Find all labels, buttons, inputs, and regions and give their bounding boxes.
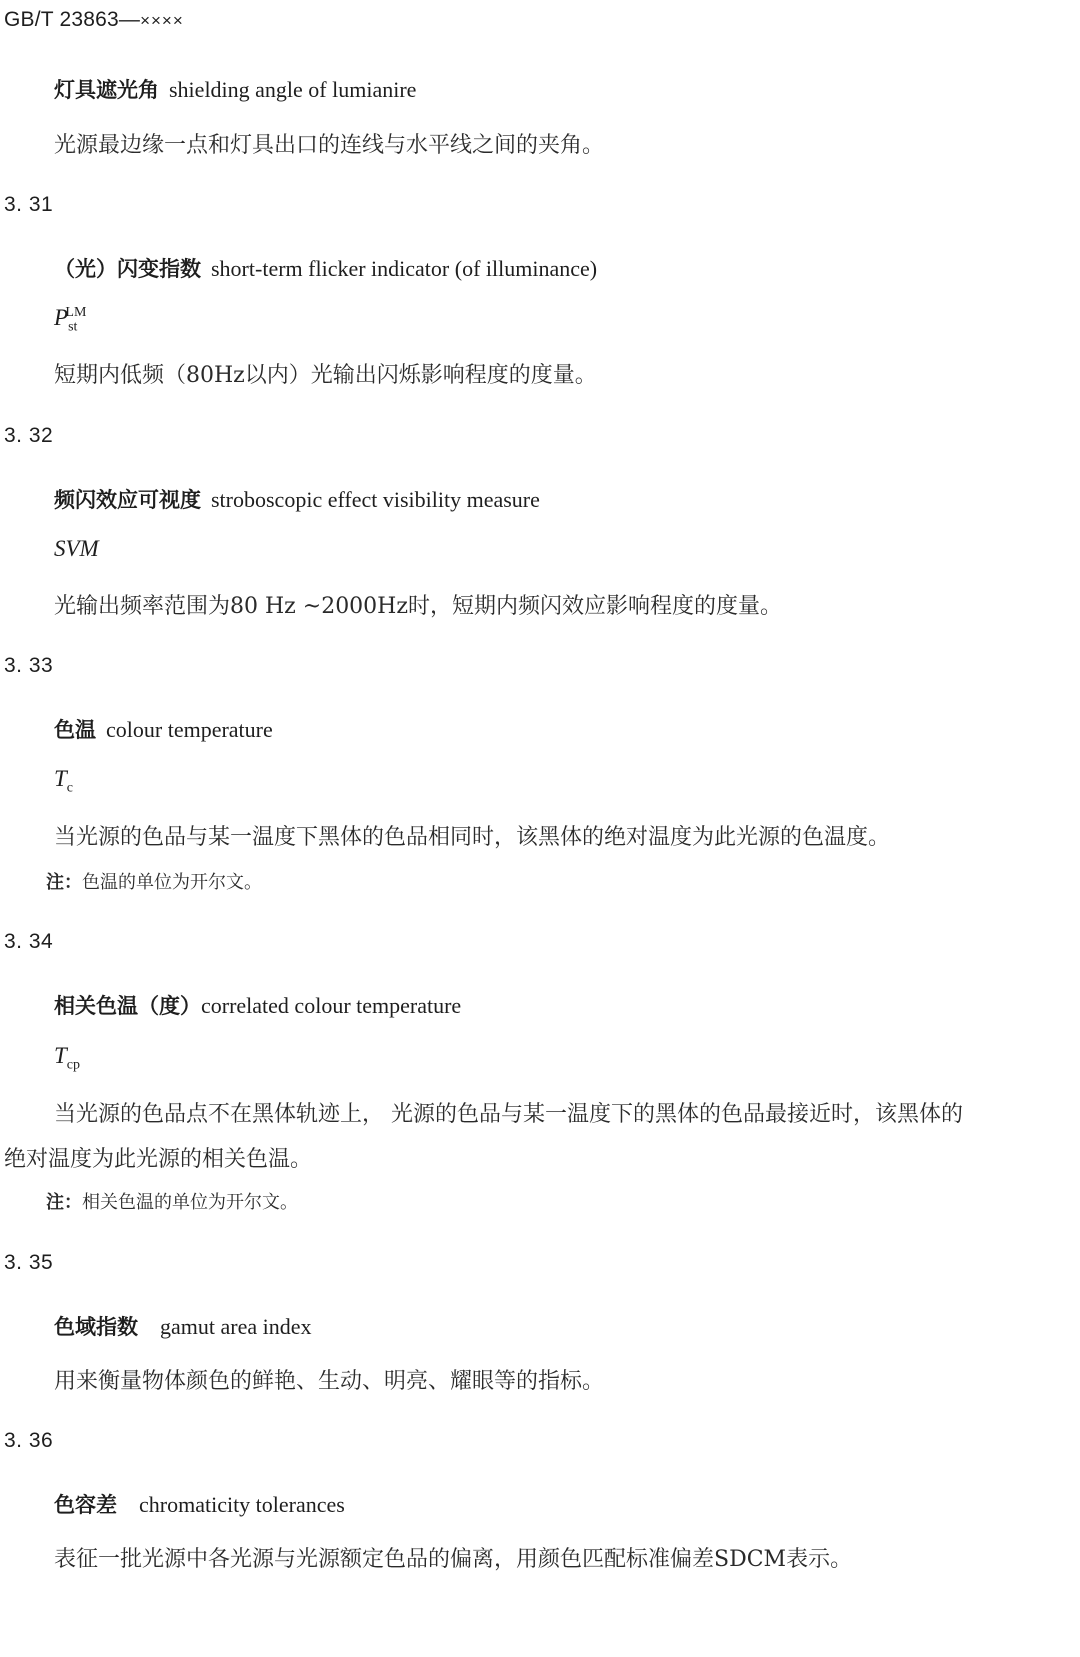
term-symbol: Tc [54,766,73,797]
standard-code: GB/T 23863— [4,8,140,31]
term-definition-continuation: 绝对温度为此光源的相关色温。 [4,1142,312,1173]
term-definition: 当光源的色品与某一温度下黑体的色品相同时，该黑体的绝对温度为此光源的色温度。 [54,820,890,851]
term-definition: 光输出频率范围为80 Hz ~2000Hz时，短期内频闪效应影响程度的度量。 [54,589,782,620]
clause-number: 3. 34 [4,930,53,954]
term-zh: 色容差 [54,1493,117,1517]
term-zh: 色域指数 [54,1315,138,1339]
symbol-subscript: cp [67,1058,80,1073]
symbol-base: T [54,766,67,791]
term-en: stroboscopic effect visibility measure [211,487,540,512]
clause-number: 3. 36 [4,1429,53,1453]
term-symbol: SVM [54,536,99,562]
term-heading: 灯具遮光角shielding angle of lumianire [54,74,416,104]
term-en: gamut area index [160,1314,312,1339]
term-heading: 色容差chromaticity tolerances [54,1489,345,1519]
note-label: 注： [46,1192,82,1213]
term-heading: 色温colour temperature [54,714,273,744]
symbol-base: T [54,1043,67,1068]
term-definition: 短期内低频（80Hz以内）光输出闪烁影响程度的度量。 [54,358,597,389]
term-en: short-term flicker indicator (of illumin… [211,256,597,281]
clause-number: 3. 35 [4,1251,53,1275]
term-zh: 色温 [54,718,96,742]
document-header: GB/T 23863—×××× [4,8,184,32]
note-text: 相关色温的单位为开尔文。 [82,1192,298,1213]
symbol-superscript: LM [65,305,86,320]
year-placeholder: ×××× [140,11,184,30]
symbol-subscript: c [67,781,73,796]
term-zh: 相关色温（度） [54,994,201,1018]
term-definition: 用来衡量物体颜色的鲜艳、生动、明亮、耀眼等的指标。 [54,1364,604,1395]
term-zh: 灯具遮光角 [54,78,159,102]
term-symbol: Tcp [54,1043,80,1074]
term-definition: 当光源的色品点不在黑体轨迹上， 光源的色品与某一温度下的黑体的色品最接近时，该黑… [54,1097,963,1128]
clause-number: 3. 32 [4,424,53,448]
term-heading: （光）闪变指数short-term flicker indicator (of … [54,253,597,283]
clause-number: 3. 31 [4,193,53,217]
note-label: 注： [46,872,82,893]
note-text: 色温的单位为开尔文。 [82,872,262,893]
term-heading: 频闪效应可视度stroboscopic effect visibility me… [54,484,540,514]
term-en: shielding angle of lumianire [169,77,416,102]
term-definition: 光源最边缘一点和灯具出口的连线与水平线之间的夹角。 [54,128,604,159]
term-note: 注：色温的单位为开尔文。 [46,868,262,894]
term-symbol: PstLM [54,305,86,336]
symbol-subscript: st [68,320,77,335]
term-heading: 相关色温（度）correlated colour temperature [54,990,461,1020]
term-en: correlated colour temperature [201,993,461,1018]
clause-number: 3. 33 [4,654,53,678]
term-en: chromaticity tolerances [139,1492,345,1517]
term-heading: 色域指数gamut area index [54,1311,312,1341]
term-definition: 表征一批光源中各光源与光源额定色品的偏离，用颜色匹配标准偏差SDCM表示。 [54,1542,852,1573]
term-note: 注：相关色温的单位为开尔文。 [46,1188,298,1214]
symbol-base: SVM [54,536,99,561]
term-en: colour temperature [106,717,273,742]
term-zh: 频闪效应可视度 [54,488,201,512]
term-zh: （光）闪变指数 [54,257,201,281]
